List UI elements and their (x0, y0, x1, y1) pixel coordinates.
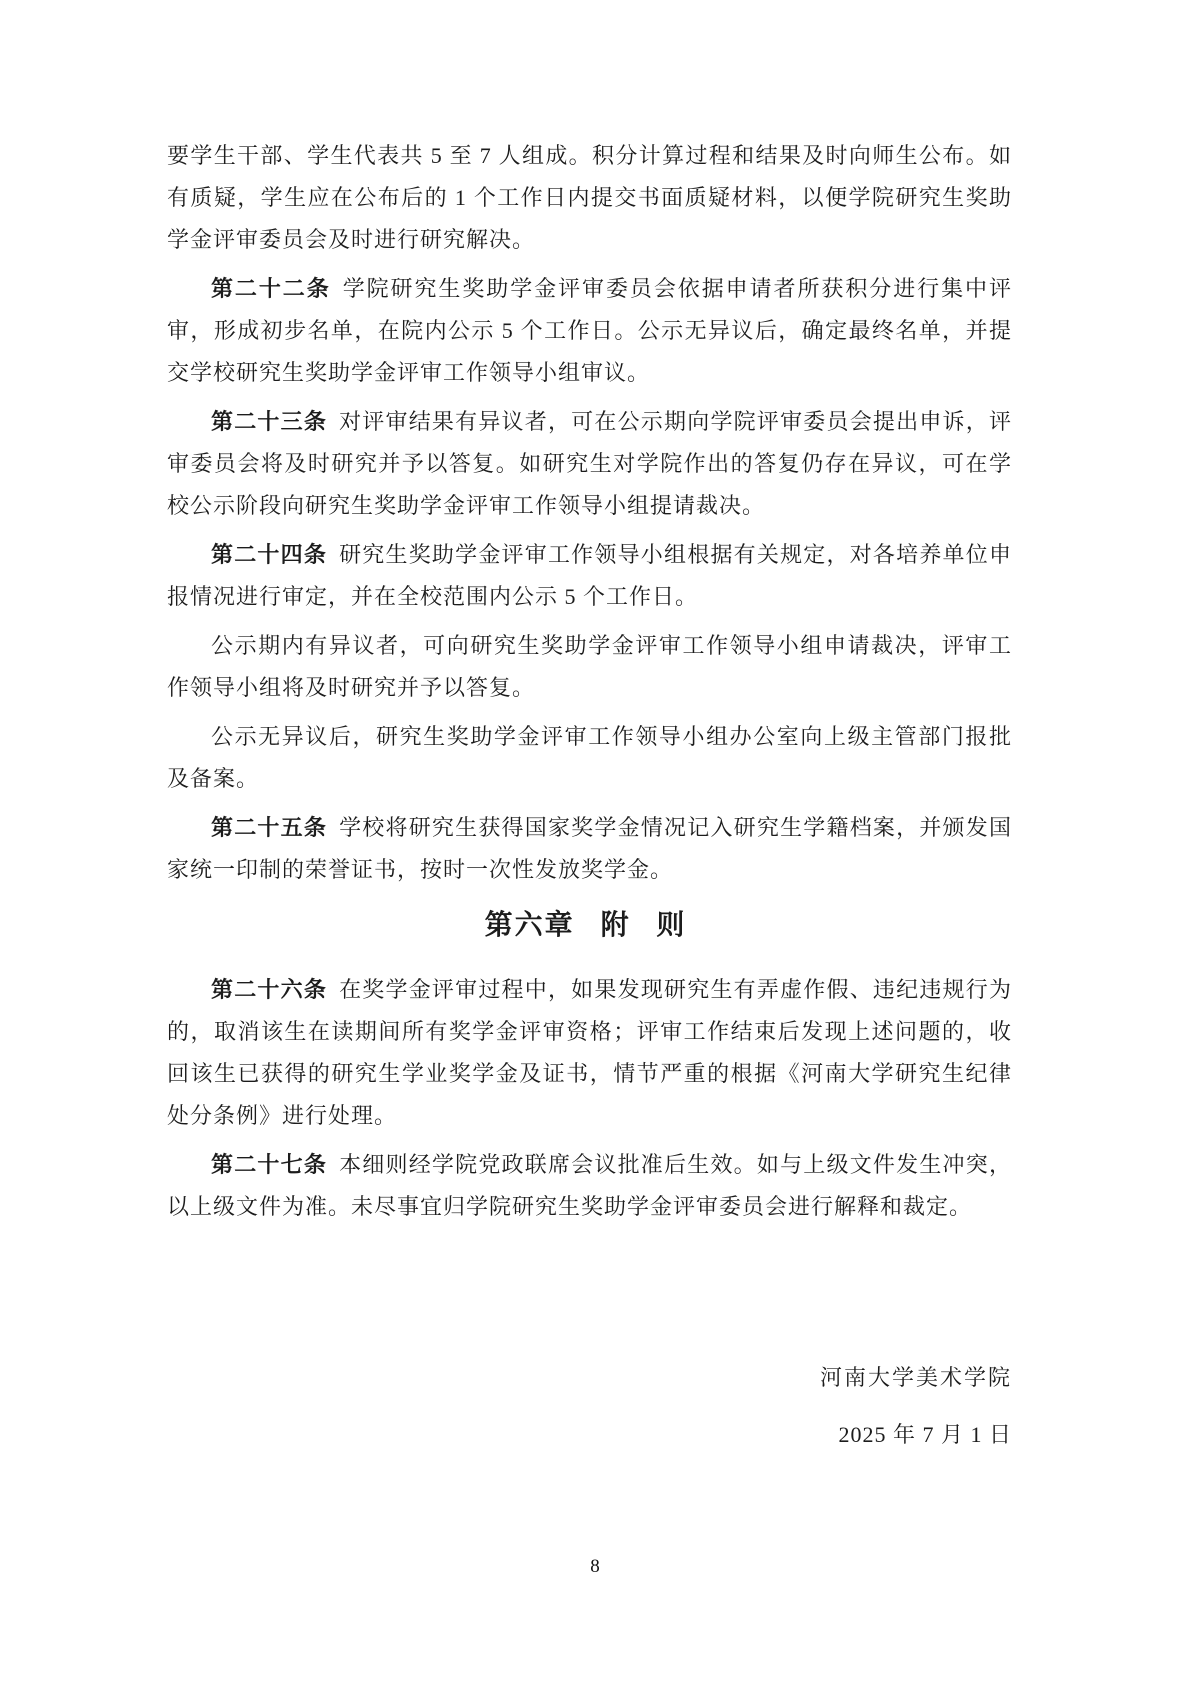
paragraph: 公示无异议后，研究生奖助学金评审工作领导小组办公室向上级主管部门报批及备案。 (167, 716, 1012, 800)
chapter-heading: 第六章附 则 (167, 903, 1012, 947)
article-paragraph: 第二十三条对评审结果有异议者，可在公示期向学院评审委员会提出申诉，评审委员会将及… (167, 401, 1012, 527)
article-paragraph: 第二十七条本细则经学院党政联席会议批准后生效。如与上级文件发生冲突，以上级文件为… (167, 1144, 1012, 1228)
paragraph: 公示期内有异议者，可向研究生奖助学金评审工作领导小组申请裁决，评审工作领导小组将… (167, 625, 1012, 709)
page-number: 8 (0, 1556, 1190, 1578)
article-number: 第二十四条 (211, 542, 327, 567)
document-body: 要学生干部、学生代表共 5 至 7 人组成。积分计算过程和结果及时向师生公布。如… (167, 135, 1012, 1228)
signature-date: 2025 年 7 月 1 日 (167, 1413, 1012, 1456)
paragraph-text: 公示期内有异议者，可向研究生奖助学金评审工作领导小组申请裁决，评审工作领导小组将… (167, 633, 1012, 700)
paragraph: 要学生干部、学生代表共 5 至 7 人组成。积分计算过程和结果及时向师生公布。如… (167, 135, 1012, 261)
paragraph-text: 要学生干部、学生代表共 5 至 7 人组成。积分计算过程和结果及时向师生公布。如… (167, 143, 1012, 252)
article-paragraph: 第二十四条研究生奖助学金评审工作领导小组根据有关规定，对各培养单位申报情况进行审… (167, 534, 1012, 618)
article-number: 第二十二条 (211, 276, 331, 301)
article-number: 第二十三条 (211, 409, 327, 434)
article-paragraph: 第二十六条在奖学金评审过程中，如果发现研究生有弄虚作假、违纪违规行为的，取消该生… (167, 969, 1012, 1137)
chapter-title: 附 则 (601, 909, 695, 940)
article-number: 第二十七条 (211, 1152, 327, 1177)
article-paragraph: 第二十五条学校将研究生获得国家奖学金情况记入研究生学籍档案，并颁发国家统一印制的… (167, 807, 1012, 891)
paragraph-text: 公示无异议后，研究生奖助学金评审工作领导小组办公室向上级主管部门报批及备案。 (167, 724, 1012, 791)
article-number: 第二十六条 (211, 977, 327, 1002)
article-paragraph: 第二十二条学院研究生奖助学金评审委员会依据申请者所获积分进行集中评审，形成初步名… (167, 268, 1012, 394)
signature-organization: 河南大学美术学院 (167, 1356, 1012, 1399)
document-page: 要学生干部、学生代表共 5 至 7 人组成。积分计算过程和结果及时向师生公布。如… (0, 0, 1190, 1683)
article-number: 第二十五条 (211, 815, 327, 840)
signature-block: 河南大学美术学院 2025 年 7 月 1 日 (167, 1356, 1012, 1456)
chapter-number: 第六章 (485, 909, 575, 940)
